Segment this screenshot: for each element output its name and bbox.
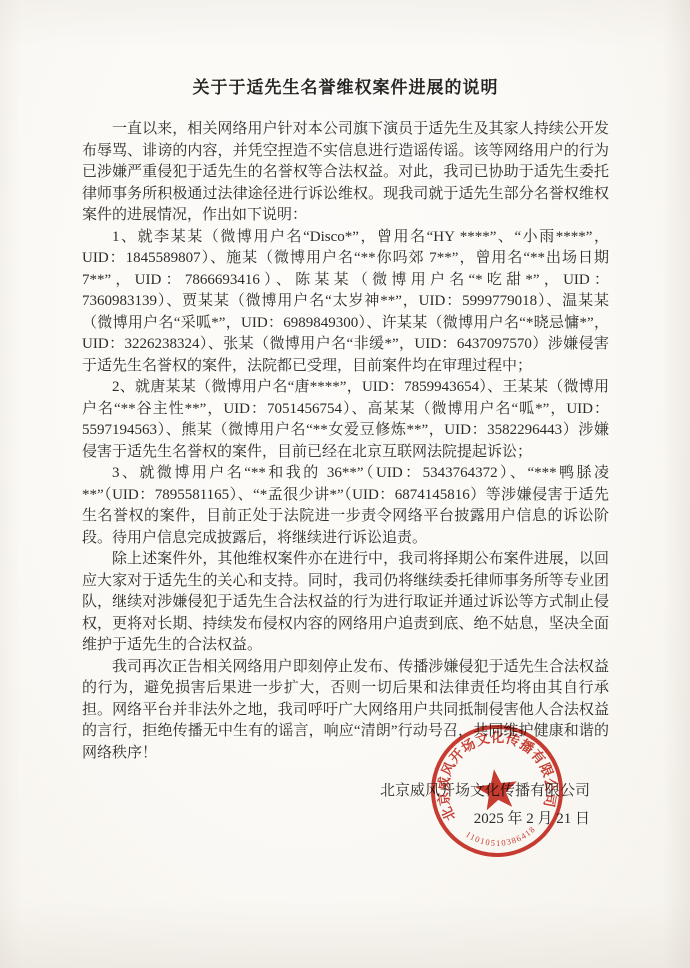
paragraph-case-item-3: 3、就微博用户名“**和我的 36**”（UID：5343764372）、“**… [82,463,609,549]
document-page: 关于于适先生名誉维权案件进展的说明 一直以来，相关网络用户针对本公司旗下演员于适… [0,0,690,968]
document-body: 一直以来，相关网络用户针对本公司旗下演员于适先生及其家人持续公开发布辱骂、诽谤的… [82,119,609,764]
paragraph-case-item-1: 1、就李某某（微博用户名“Disco*”，曾用名“HY ****”、“小雨***… [82,227,609,378]
paragraph-case-item-2: 2、就唐某某（微博用户名“唐****”，UID：7859943654）、王某某（… [82,377,609,463]
paragraph-intro: 一直以来，相关网络用户针对本公司旗下演员于适先生及其家人持续公开发布辱骂、诽谤的… [82,119,609,227]
company-seal-stamp: 北京威风开场文化传播有限公司 11010510386418 [417,711,577,871]
seal-star-icon [473,766,520,811]
document-title: 关于于适先生名誉维权案件进展的说明 [82,76,609,100]
paragraph-ongoing-cases: 除上述案件外，其他维权案件亦在进行中，我司将择期公布案件进展，以回应大家对于适先… [82,549,609,657]
